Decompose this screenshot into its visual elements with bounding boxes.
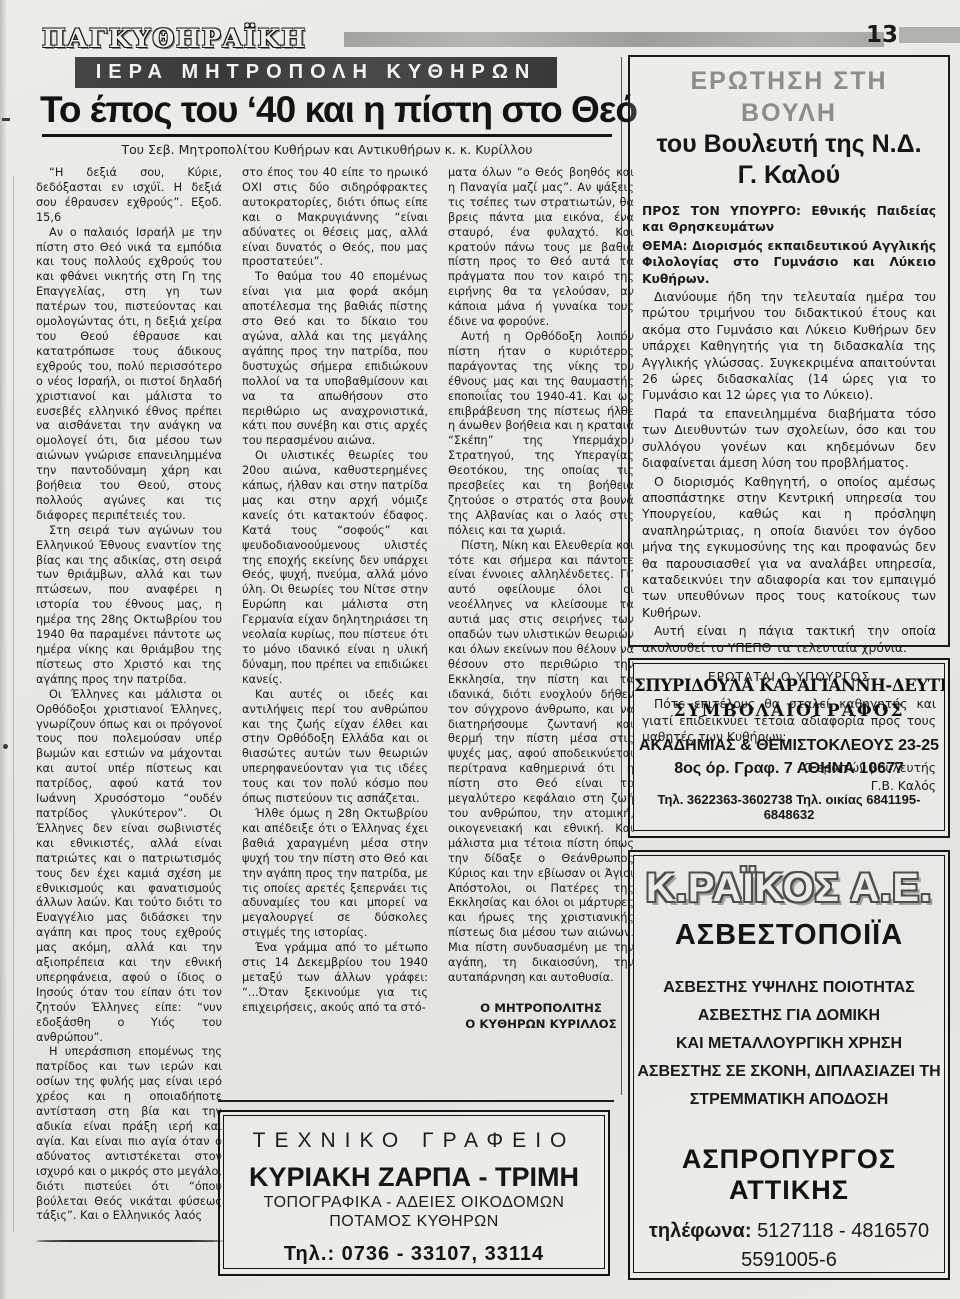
paragraph: Οι υλιστικές θεωρίες του 20ου αιώνα, καθ… — [242, 449, 428, 688]
parliament-question-article: ΕΡΩΤΗΣΗ ΣΤΗ ΒΟΥΛΗ του Βουλευτή της Ν.Δ. … — [628, 55, 950, 647]
lime-company-phone-line2: 5591005-6 — [634, 1249, 944, 1272]
scan-edge-shade — [0, 0, 7, 1299]
technical-office-ad: ΤΕΧΝΙΚΟ ΓΡΑΦΕΙΟ ΚΥΡΙΑΚΗ ΖΑΡΠΑ - ΤΡΙΜΗ ΤΟ… — [218, 1110, 610, 1276]
lime-company-location: ΑΣΠΡΟΠΥΡΓΟΣ ΑΤΤΙΚΗΣ — [634, 1144, 944, 1206]
scan-mark — [3, 744, 8, 749]
newspaper-logo: ΠΑΓΚΥΘΗΡΑΪΚΗ — [42, 24, 307, 53]
tech-ad-top-rule — [218, 1100, 614, 1102]
lime-company-products: ΑΣΒΕΣΤΗΣ ΥΨΗΛΗΣ ΠΟΙΟΤΗΤΑΣΑΣΒΕΣΤΗΣ ΓΙΑ ΔΟ… — [634, 974, 944, 1114]
paragraph: ΑΣΒΕΣΤΗΣ ΥΨΗΛΗΣ ΠΟΙΟΤΗΤΑΣ — [634, 974, 944, 1002]
article-column-1: “Η δεξιά σου, Κύριε, δεδόξασται εν ισχύϊ… — [36, 166, 222, 1224]
article-column-2: στο έπος του 40 είπε το ηρωικό ΟΧΙ στις … — [242, 166, 428, 1016]
paragraph: Και αυτές οι ιδεές και αντιλήψεις περί τ… — [242, 688, 428, 807]
notary-name: ΣΠΥΡΙΔΟΥΛΑ ΚΑΡΑΓΙΑΝΝΗ-ΔΕΥΤΕΡΕΒΟΥ — [634, 676, 944, 695]
article-column-3: ματα όλων “ο Θεός βοηθός και η Παναγία μ… — [448, 166, 634, 1032]
article-columns: “Η δεξιά σου, Κύριε, δεδόξασται εν ισχύϊ… — [36, 166, 622, 1276]
paragraph: ΑΣΒΕΣΤΗΣ ΣΕ ΣΚΟΝΗ, ΔΙΠΛΑΣΙΑΖΕΙ ΤΗ — [634, 1058, 944, 1086]
title-underline — [42, 134, 612, 137]
question-heading-top: ΕΡΩΤΗΣΗ ΣΤΗ ΒΟΥΛΗ — [642, 65, 936, 129]
tech-ad-phone: Τηλ.: 0736 - 33107, 33114 — [224, 1243, 604, 1266]
lime-company-ad-frame: Κ.ΡΑΪΚΟΣ Α.Ε. ΑΣΒΕΣΤΟΠΟΙΪΑ ΑΣΒΕΣΤΗΣ ΥΨΗΛ… — [633, 855, 945, 1273]
paragraph: Πίστη, Νίκη και Ελευθερία και τότε και σ… — [448, 539, 634, 986]
paragraph: Ένα γράμμα από το μέτωπο στις 14 Δεκεμβρ… — [242, 941, 428, 1016]
paragraph: Ήλθε όμως η 28η Οκτωβρίου και απέδειξε ό… — [242, 807, 428, 941]
column1-end-flourish — [36, 1240, 224, 1242]
page-number: 13 — [866, 22, 898, 48]
paragraph: “Η δεξιά σου, Κύριε, δεδόξασται εν ισχύϊ… — [36, 166, 222, 226]
notary-address-line1: ΑΚΑΔΗΜΙΑΣ & ΘΕΜΙΣΤΟΚΛΕΟΥΣ 23-25 — [634, 737, 944, 755]
tech-ad-location: ΠΟΤΑΜΟΣ ΚΥΘΗΡΩΝ — [224, 1213, 604, 1231]
scan-fold-line — [13, 176, 14, 1232]
paragraph: Στη σειρά των αγώνων του Ελληνικού Έθνου… — [36, 524, 222, 688]
paragraph: Αυτή η Ορθόδοξη λοιπόν πίστη ήταν ο κυρι… — [448, 330, 634, 539]
paragraph: στο έπος του 40 είπε το ηρωικό ΟΧΙ στις … — [242, 166, 428, 270]
page-number-strip — [899, 27, 960, 43]
paragraph: Ο ΚΥΘΗΡΩΝ ΚΥΡΙΛΛΟΣ — [448, 1016, 634, 1032]
technical-office-ad-frame: ΤΕΧΝΙΚΟ ΓΡΑΦΕΙΟ ΚΥΡΙΑΚΗ ΖΑΡΠΑ - ΤΡΙΜΗ ΤΟ… — [223, 1115, 605, 1269]
paragraph: Η υπεράσπιση επομένως της πατρίδος και τ… — [36, 1045, 222, 1224]
tech-ad-name: ΚΥΡΙΑΚΗ ΖΑΡΠΑ - ΤΡΙΜΗ — [224, 1162, 604, 1193]
notary-ad-frame: ΣΠΥΡΙΔΟΥΛΑ ΚΑΡΑΓΙΑΝΝΗ-ΔΕΥΤΕΡΕΒΟΥ ΣΥΜΒΟΛΑ… — [633, 663, 945, 831]
scan-mark — [2, 118, 10, 121]
paragraph: ματα όλων “ο Θεός βοηθός και η Παναγία μ… — [448, 166, 634, 330]
phones-value: 5127118 - 4816570 — [757, 1220, 929, 1242]
paragraph: ΣΤΡΕΜΜΑΤΙΚΗ ΑΠΟΔΟΣΗ — [634, 1086, 944, 1114]
paragraph: ΠΡΟΣ ΤΟΝ ΥΠΟΥΡΓΟ: Εθνικής Παιδείας και Θ… — [642, 203, 936, 236]
notary-ad: ΣΠΥΡΙΔΟΥΛΑ ΚΑΡΑΓΙΑΝΝΗ-ΔΕΥΤΕΡΕΒΟΥ ΣΥΜΒΟΛΑ… — [628, 658, 950, 838]
paragraph: Διανύουμε ήδη την τελευταία ημέρα του πρ… — [642, 289, 936, 404]
paragraph: ΑΣΒΕΣΤΗΣ ΓΙΑ ΔΟΜΙΚΗ — [634, 1002, 944, 1030]
column3-text: ματα όλων “ο Θεός βοηθός και η Παναγία μ… — [448, 166, 634, 986]
paragraph: Αν ο παλαιός Ισραήλ με την πίστη στο Θεό… — [36, 226, 222, 524]
lime-company-business: ΑΣΒΕΣΤΟΠΟΙΪΑ — [634, 919, 944, 952]
paragraph: Ο διορισμός Καθηγητή, ο οποίος αμέσως απ… — [642, 474, 936, 622]
sidebar: ΕΡΩΤΗΣΗ ΣΤΗ ΒΟΥΛΗ του Βουλευτή της Ν.Δ. … — [628, 55, 950, 1280]
section-banner: ΙΕΡΑ ΜΗΤΡΟΠΟΛΗ ΚΥΘΗΡΩΝ — [75, 57, 557, 88]
paragraph: Οι Έλληνες και μάλιστα οι Ορθόδοξοι χρισ… — [36, 688, 222, 1046]
paragraph: Αυτή είναι η πάγια τακτική την οποία ακο… — [642, 623, 936, 656]
paragraph: ΘΕΜΑ: Διορισμός εκπαιδευτικού Αγγλικής Φ… — [642, 238, 936, 287]
phones-label: τηλέφωνα: — [649, 1220, 752, 1242]
question-heading-mid: του Βουλευτή της Ν.Δ. — [642, 129, 936, 160]
lime-company-name: Κ.ΡΑΪΚΟΣ Α.Ε. — [634, 866, 944, 911]
article-byline: Του Σεβ. Μητροπολίτου Κυθήρων και Αντικυ… — [42, 142, 612, 157]
masthead-strip — [344, 32, 884, 47]
question-heading-author: Γ. Καλού — [642, 160, 936, 191]
tech-ad-services: ΤΟΠΟΓΡΑΦΙΚΑ - ΑΔΕΙΕΣ ΟΙΚΟΔΟΜΩΝ — [224, 1194, 604, 1212]
paragraph: Το θαύμα του 40 επομένως είναι για μια φ… — [242, 270, 428, 449]
lime-company-phone-line1: τηλέφωνα: 5127118 - 4816570 — [634, 1220, 944, 1243]
paragraph: Παρά τα επανειλημμένα διαβήματα τόσο των… — [642, 406, 936, 472]
paragraph: Ο ΜΗΤΡΟΠΟΛΙΤΗΣ — [448, 1000, 634, 1016]
newspaper-page: ΠΑΓΚΥΘΗΡΑΪΚΗ 13 ΙΕΡΑ ΜΗΤΡΟΠΟΛΗ ΚΥΘΗΡΩΝ Τ… — [0, 0, 960, 1299]
notary-profession: ΣΥΜΒΟΛΑΙΟΓΡΑΦΟΣ — [634, 701, 944, 721]
article-signature: Ο ΜΗΤΡΟΠΟΛΙΤΗΣΟ ΚΥΘΗΡΩΝ ΚΥΡΙΛΛΟΣ — [448, 1000, 634, 1032]
notary-phones: Τηλ. 3622363-3602738 Τηλ. οικίας 6841195… — [634, 792, 944, 822]
tech-ad-kind: ΤΕΧΝΙΚΟ ΓΡΑΦΕΙΟ — [224, 1129, 604, 1153]
paragraph: ΚΑΙ ΜΕΤΑΛΛΟΥΡΓΙΚΗ ΧΡΗΣΗ — [634, 1030, 944, 1058]
lime-company-ad: Κ.ΡΑΪΚΟΣ Α.Ε. ΑΣΒΕΣΤΟΠΟΙΪΑ ΑΣΒΕΣΤΗΣ ΥΨΗΛ… — [628, 850, 950, 1280]
article-title: Το έπος του ‘40 και η πίστη στο Θεό — [40, 89, 612, 131]
notary-address-line2: 8ος όρ. Γραφ. 7 ΑΘΗΝΑ 10677 — [634, 760, 944, 778]
